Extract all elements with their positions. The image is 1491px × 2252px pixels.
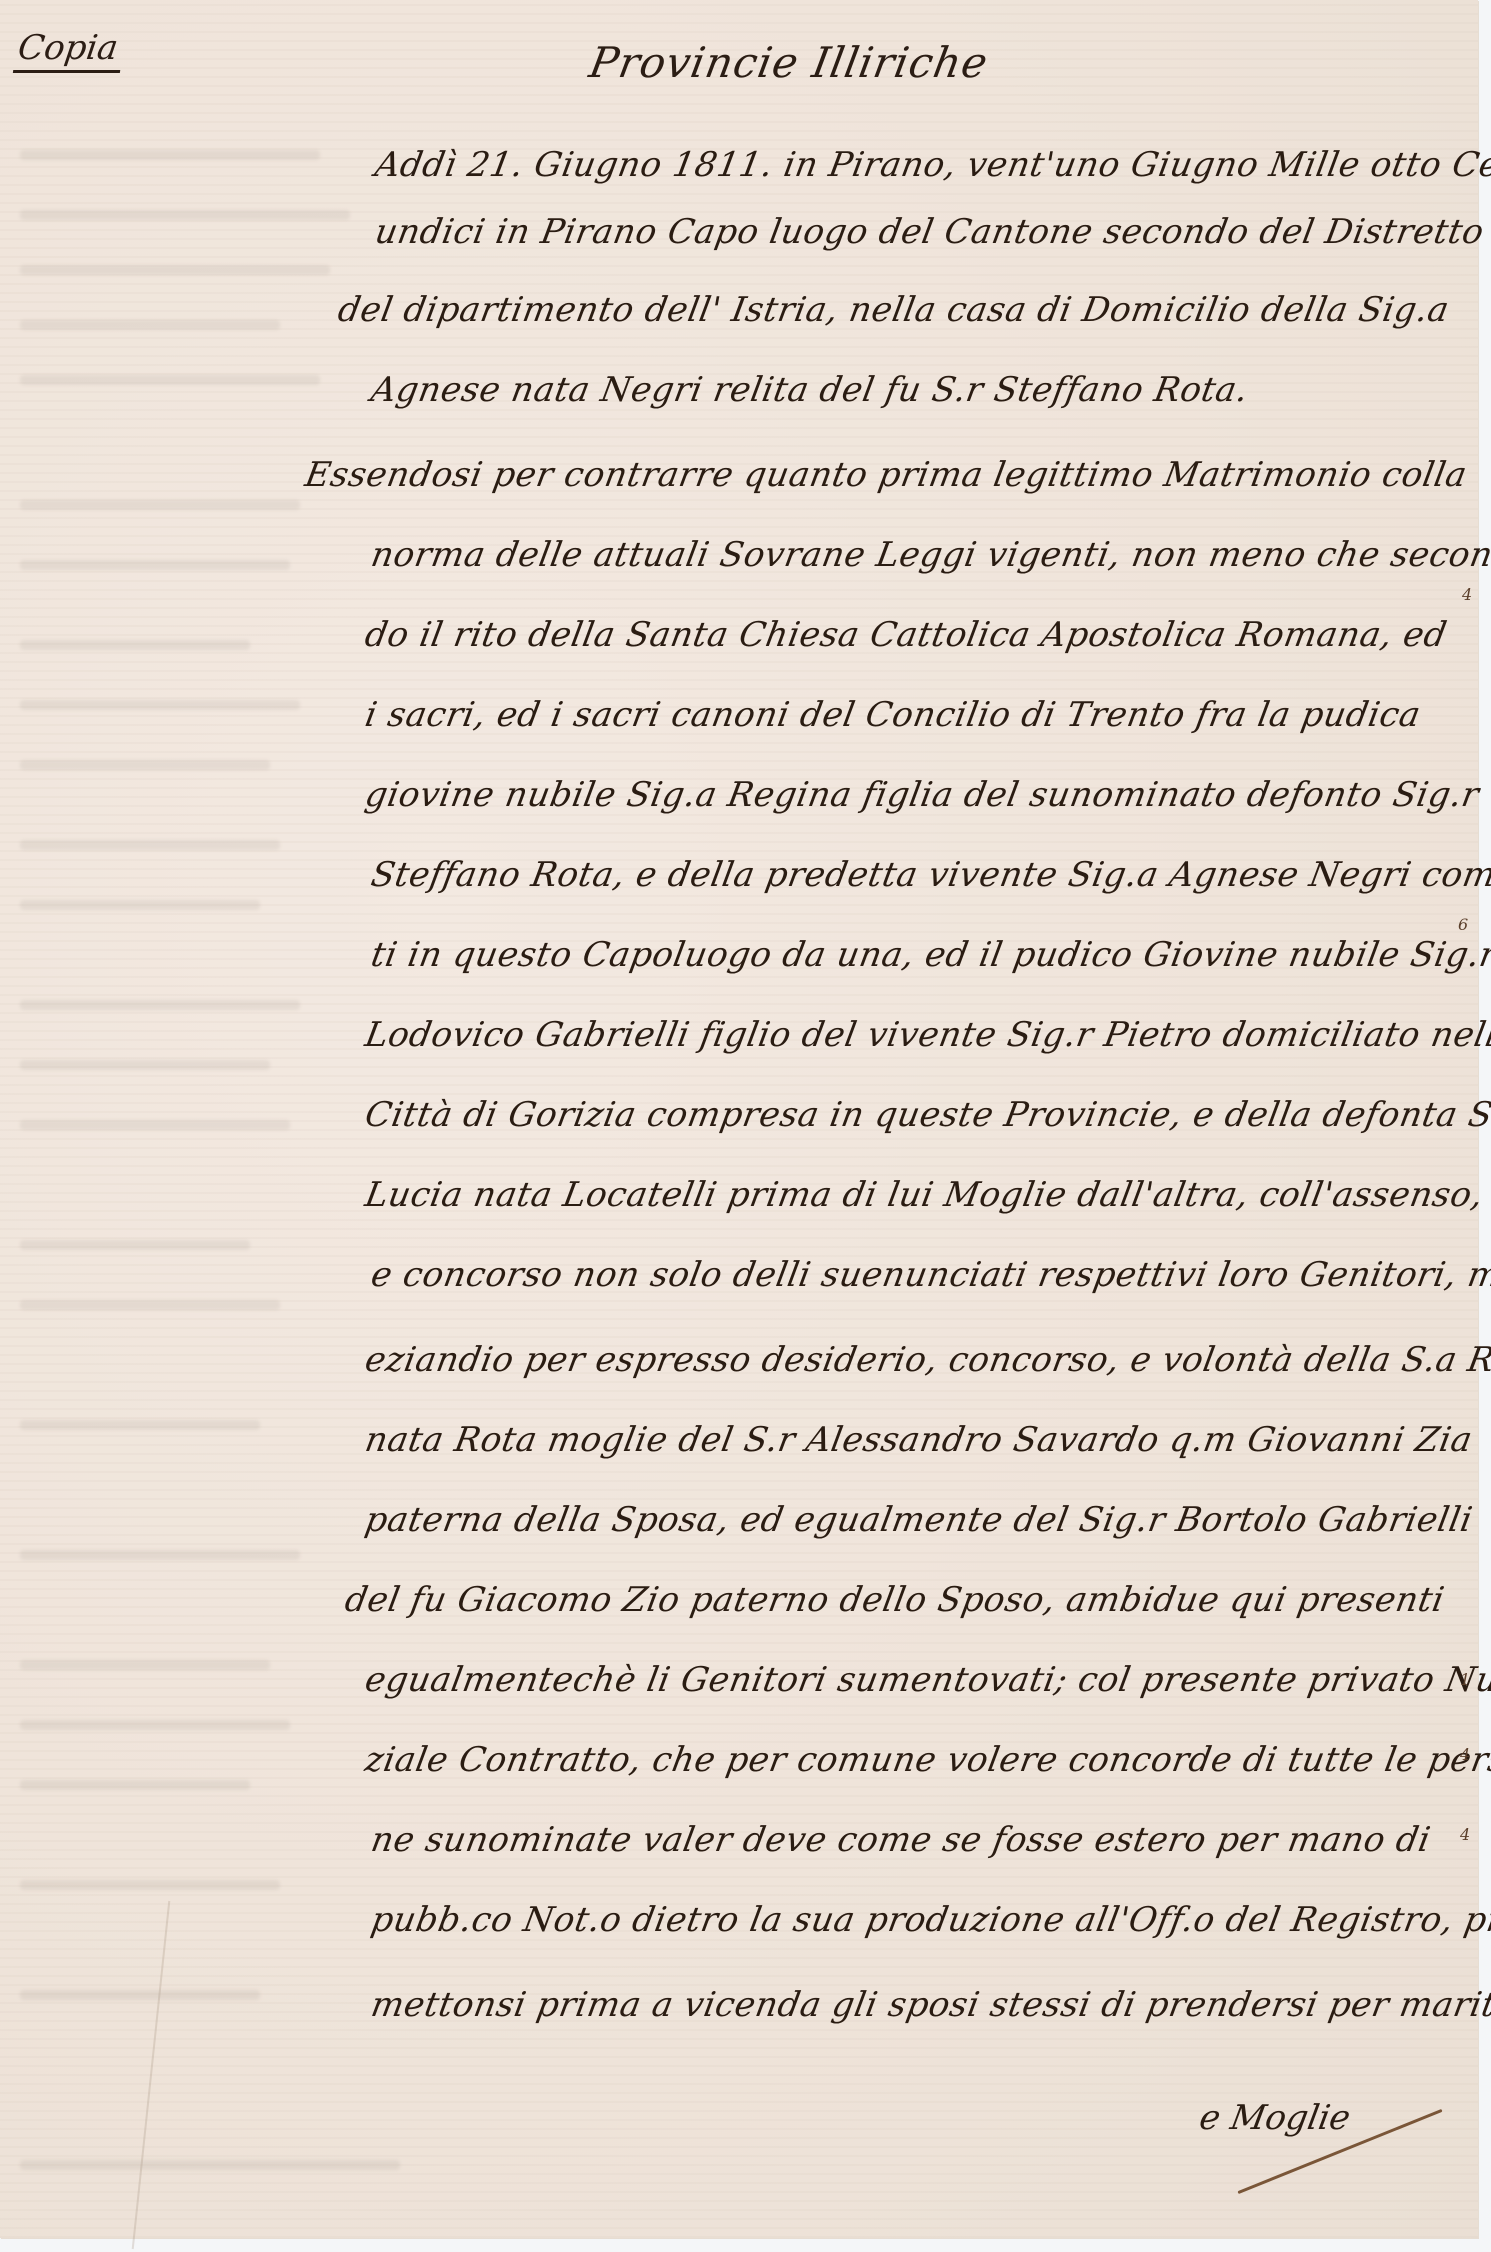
bleed-through-mark xyxy=(20,2160,400,2170)
bleed-through-mark xyxy=(20,1780,250,1790)
margin-mark: 4 xyxy=(1462,585,1472,604)
text-line: mettonsi prima a vicenda gli sposi stess… xyxy=(368,1985,1491,2025)
bleed-through-mark xyxy=(20,150,320,160)
bleed-through-mark xyxy=(20,1550,300,1560)
text-line: egualmentechè li Genitori sumentovati; c… xyxy=(362,1660,1491,1700)
bleed-through-mark xyxy=(20,1300,280,1310)
text-line: undici in Pirano Capo luogo del Cantone … xyxy=(372,212,1491,252)
text-line: del dipartimento dell' Istria, nella cas… xyxy=(335,290,1452,330)
bleed-through-mark xyxy=(20,500,300,510)
text-line: del fu Giacomo Zio paterno dello Sposo, … xyxy=(342,1580,1447,1620)
text-line: Lodovico Gabrielli figlio del vivente Si… xyxy=(362,1015,1491,1055)
bleed-through-mark xyxy=(20,210,350,220)
bleed-through-mark xyxy=(20,1000,300,1010)
text-line: ti in questo Capoluogo da una, ed il pud… xyxy=(368,935,1491,975)
bleed-through-mark xyxy=(20,375,320,385)
text-line: norma delle attuali Sovrane Leggi vigent… xyxy=(368,535,1491,575)
copy-margin-note: Copia xyxy=(13,28,127,73)
closing-words: e Moglie xyxy=(1196,2098,1353,2138)
bleed-through-mark xyxy=(20,700,300,710)
bleed-through-mark xyxy=(20,1420,260,1430)
bleed-through-mark xyxy=(20,265,330,275)
text-line: ne sunominate valer deve come se fosse e… xyxy=(368,1820,1434,1860)
text-line: do il rito della Santa Chiesa Cattolica … xyxy=(362,615,1450,655)
bleed-through-mark xyxy=(20,1880,280,1890)
margin-mark: 6 xyxy=(1458,915,1468,934)
text-line: eziandio per espresso desiderio, concors… xyxy=(362,1340,1491,1380)
text-line: Agnese nata Negri relita del fu S.r Stef… xyxy=(368,370,1251,410)
bleed-through-mark xyxy=(20,1990,260,2000)
bleed-through-mark xyxy=(20,640,250,650)
text-line: giovine nubile Sig.a Regina figlia del s… xyxy=(362,775,1482,815)
bleed-through-mark xyxy=(20,1120,290,1130)
text-line: Addì 21. Giugno 1811. in Pirano, vent'un… xyxy=(372,145,1491,185)
bleed-through-mark xyxy=(20,1660,270,1670)
margin-mark: 1 xyxy=(1460,1670,1470,1689)
bleed-through-mark xyxy=(20,900,260,910)
margin-mark: 4 xyxy=(1460,1745,1470,1764)
bleed-through-mark xyxy=(20,1240,250,1250)
text-line: e concorso non solo delli suenunciati re… xyxy=(368,1255,1491,1295)
text-line: ziale Contratto, che per comune volere c… xyxy=(362,1740,1491,1780)
text-line: Essendosi per contrarre quanto prima leg… xyxy=(302,455,1470,495)
bleed-through-mark xyxy=(20,760,270,770)
bleed-through-mark xyxy=(20,1060,270,1070)
document-heading: Provincie Illiriche xyxy=(586,38,992,87)
text-line: Lucia nata Locatelli prima di lui Moglie… xyxy=(362,1175,1486,1215)
text-line: Città di Gorizia compresa in queste Prov… xyxy=(362,1095,1491,1135)
text-line: paterna della Sposa, ed egualmente del S… xyxy=(362,1500,1476,1540)
text-line: nata Rota moglie del S.r Alessandro Sava… xyxy=(362,1420,1476,1460)
paper-fold-line xyxy=(132,1901,171,2249)
margin-mark: 4 xyxy=(1460,1825,1470,1844)
text-line: i sacri, ed i sacri canoni del Concilio … xyxy=(362,695,1424,735)
bleed-through-mark xyxy=(20,320,280,330)
text-line: Steffano Rota, e della predetta vivente … xyxy=(368,855,1491,895)
bleed-through-mark xyxy=(20,560,290,570)
bleed-through-mark xyxy=(20,840,280,850)
bleed-through-mark xyxy=(20,1720,290,1730)
text-line: pubb.co Not.o dietro la sua produzione a… xyxy=(368,1900,1491,1940)
manuscript-page: Copia Provincie Illiriche Addì 21. Giugn… xyxy=(0,0,1478,2238)
